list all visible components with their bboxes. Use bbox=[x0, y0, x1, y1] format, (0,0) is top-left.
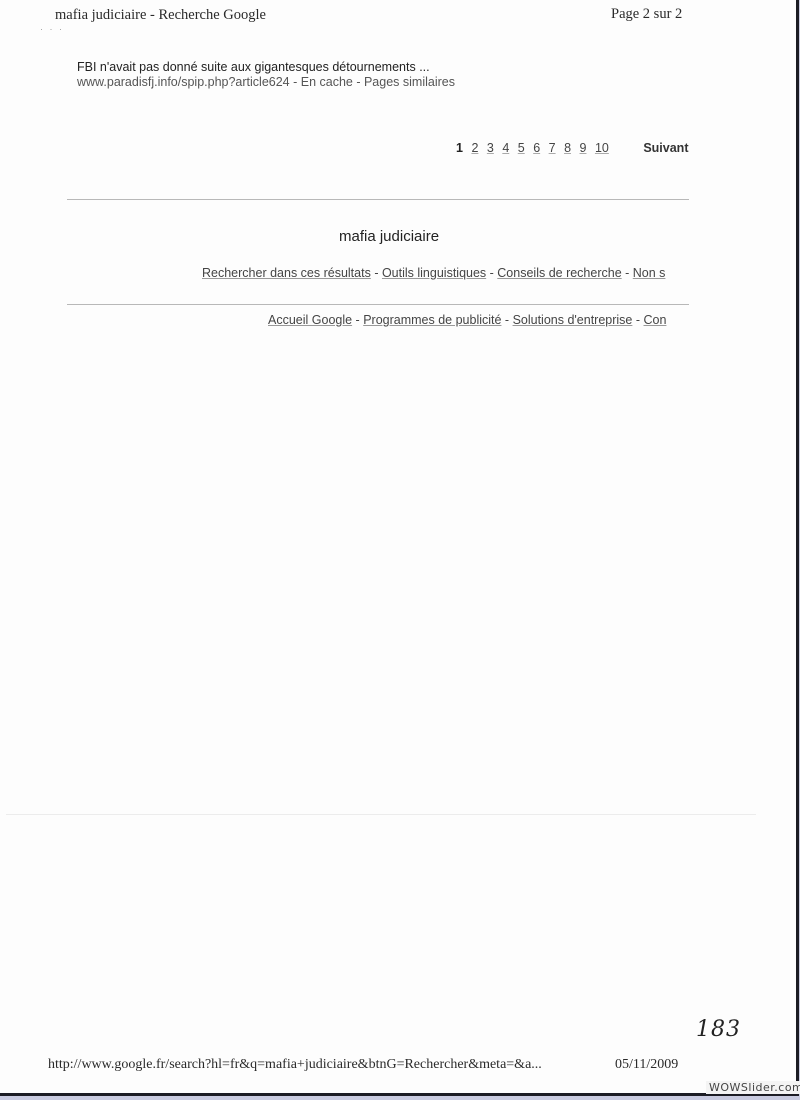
scan-artifact-line bbox=[6, 814, 756, 815]
page-7-link[interactable]: 7 bbox=[549, 141, 556, 155]
page-9-link[interactable]: 9 bbox=[580, 141, 587, 155]
scanned-page: mafia judiciaire - Recherche Google Page… bbox=[0, 0, 799, 1096]
search-tools-links: Rechercher dans ces résultats - Outils l… bbox=[202, 266, 689, 280]
page-4-link[interactable]: 4 bbox=[502, 141, 509, 155]
result-url: www.paradisfj.info/spip.php?article624 bbox=[77, 75, 290, 89]
separator: - bbox=[501, 313, 512, 327]
page-indicator: Page 2 sur 2 bbox=[611, 6, 682, 23]
watermark: WOWSlider.com bbox=[706, 1081, 800, 1094]
search-query-text: mafia judiciaire bbox=[339, 228, 439, 245]
page-1: 1 bbox=[456, 141, 463, 155]
result-url-line: www.paradisfj.info/spip.php?article624 -… bbox=[77, 75, 455, 90]
truncated-link[interactable]: Non s bbox=[633, 266, 666, 280]
page-6-link[interactable]: 6 bbox=[533, 141, 540, 155]
separator: - bbox=[371, 266, 382, 280]
advertising-programs-link[interactable]: Programmes de publicité bbox=[363, 313, 501, 327]
page-3-link[interactable]: 3 bbox=[487, 141, 494, 155]
language-tools-link[interactable]: Outils linguistiques bbox=[382, 266, 486, 280]
print-header-title: mafia judiciaire - Recherche Google bbox=[55, 7, 266, 24]
separator: - bbox=[486, 266, 497, 280]
page-10-link[interactable]: 10 bbox=[595, 141, 609, 155]
search-within-results-link[interactable]: Rechercher dans ces résultats bbox=[202, 266, 371, 280]
handwritten-page-number: 183 bbox=[696, 1017, 741, 1042]
divider bbox=[67, 304, 689, 305]
separator: - bbox=[632, 313, 643, 327]
cache-link[interactable]: En cache bbox=[301, 75, 353, 89]
business-solutions-link[interactable]: Solutions d'entreprise bbox=[513, 313, 633, 327]
google-home-link[interactable]: Accueil Google bbox=[268, 313, 352, 327]
pagination: 1 2 3 4 5 6 7 8 9 10 Suivant bbox=[456, 141, 688, 155]
page-5-link[interactable]: 5 bbox=[518, 141, 525, 155]
similar-pages-link[interactable]: Pages similaires bbox=[364, 75, 455, 89]
divider bbox=[67, 199, 689, 200]
scan-artifact: · · · bbox=[40, 24, 64, 34]
footer-links: Accueil Google - Programmes de publicité… bbox=[268, 313, 689, 327]
print-footer-date: 05/11/2009 bbox=[615, 1057, 678, 1073]
search-tips-link[interactable]: Conseils de recherche bbox=[497, 266, 621, 280]
page-2-link[interactable]: 2 bbox=[471, 141, 478, 155]
separator: - bbox=[290, 75, 301, 89]
next-page-link[interactable]: Suivant bbox=[643, 141, 688, 155]
separator: - bbox=[353, 75, 364, 89]
result-title-link[interactable]: FBI n'avait pas donné suite aux gigantes… bbox=[77, 60, 455, 75]
separator: - bbox=[352, 313, 363, 327]
separator: - bbox=[622, 266, 633, 280]
truncated-link[interactable]: Con bbox=[644, 313, 667, 327]
page-8-link[interactable]: 8 bbox=[564, 141, 571, 155]
print-footer-url: http://www.google.fr/search?hl=fr&q=mafi… bbox=[48, 1057, 542, 1073]
search-result: FBI n'avait pas donné suite aux gigantes… bbox=[77, 60, 455, 90]
